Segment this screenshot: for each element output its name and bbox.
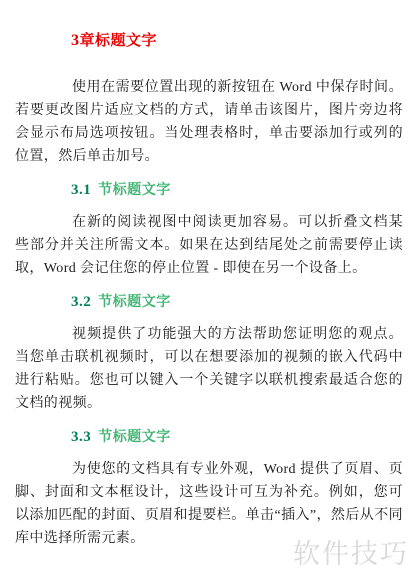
section-number: 3.3	[71, 429, 91, 445]
chapter-title: 章标题文字	[80, 33, 158, 49]
section-number: 3.2	[71, 294, 91, 310]
document-page: 3章标题文字 使用在需要位置出现的新按钮在 Word 中保存时间。若要更改图片适…	[0, 0, 415, 586]
section-title: 节标题文字	[98, 183, 171, 198]
section-number: 3.1	[71, 182, 91, 198]
section-title: 节标题文字	[98, 295, 171, 310]
section-heading-3-1: 3.1节标题文字	[71, 182, 403, 199]
section-title: 节标题文字	[98, 430, 171, 445]
paragraph-section-3-1: 在新的阅读视图中阅读更加容易。可以折叠文档某些部分并关注所需文本。如果在达到结尾…	[15, 211, 403, 280]
paragraph-section-3-2: 视频提供了功能强大的方法帮助您证明您的观点。当您单击联机视频时，可以在想要添加的…	[15, 323, 403, 415]
chapter-heading: 3章标题文字	[71, 32, 403, 50]
chapter-number: 3	[71, 32, 80, 49]
paragraph-section-3-3: 为使您的文档具有专业外观，Word 提供了页眉、页脚、封面和文本框设计，这些设计…	[15, 458, 403, 550]
paragraph-intro: 使用在需要位置出现的新按钮在 Word 中保存时间。若要更改图片适应文档的方式，…	[15, 76, 403, 168]
section-heading-3-2: 3.2节标题文字	[71, 294, 403, 311]
watermark: 软件技巧	[293, 540, 409, 568]
section-heading-3-3: 3.3节标题文字	[71, 429, 403, 446]
